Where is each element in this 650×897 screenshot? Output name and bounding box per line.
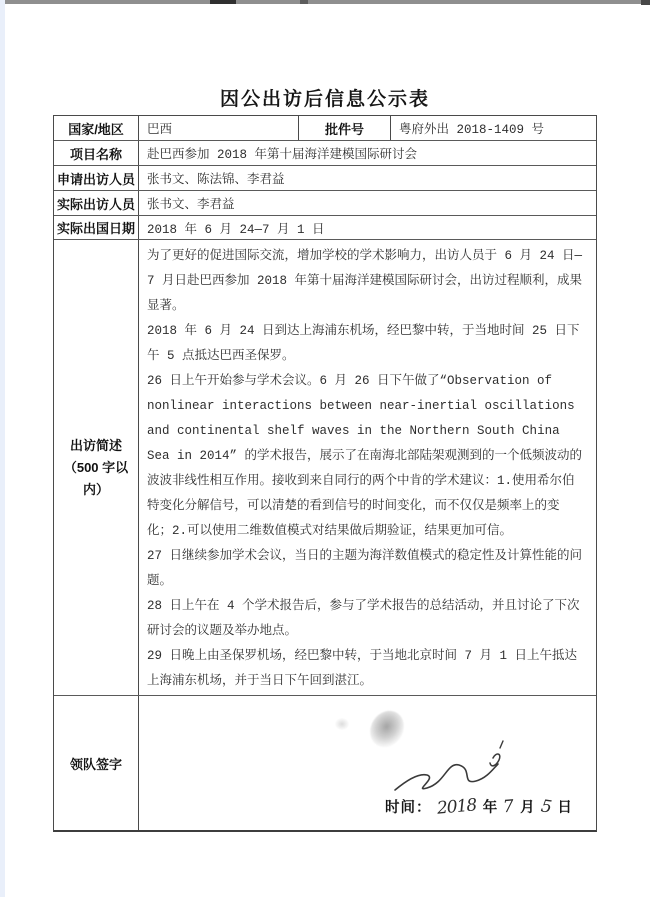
- summary-paragraph: 26 日上午开始参与学术会议。6 月 26 日下午做了“Observation …: [147, 369, 584, 544]
- summary-paragraph: 29 日晚上由圣保罗机场，经巴黎中转，于当地北京时间 7 月 1 日上午抵达上海…: [147, 644, 584, 694]
- handwritten-day: 5: [539, 796, 552, 817]
- travel-dates-label: 实际出国日期: [54, 216, 139, 239]
- leader-signature-label: 领队签字: [54, 696, 139, 830]
- table-row-applied-personnel: 申请出访人员 张书文、陈法锦、李君益: [54, 166, 596, 191]
- approval-number-value: 粤府外出 2018-1409 号: [391, 116, 596, 140]
- scan-top-edge-artifact: [0, 0, 650, 4]
- summary-paragraph: 28 日上午在 4 个学术报告后，参与了学术报告的总结活动，并且讨论了下次研讨会…: [147, 594, 584, 644]
- page-title: 因公出访后信息公示表: [0, 84, 650, 111]
- project-name-value: 赴巴西参加 2018 年第十届海洋建模国际研讨会: [139, 141, 596, 165]
- scanned-form-page: 因公出访后信息公示表 国家/地区 巴西 批件号 粤府外出 2018-1409 号…: [0, 0, 650, 897]
- summary-text: 为了更好的促进国际交流，增加学校的学术影响力，出访人员于 6 月 24 日—7 …: [139, 240, 596, 695]
- handwritten-year: 2018: [436, 795, 477, 818]
- table-row-summary: 出访简述 （500 字以内） 为了更好的促进国际交流，增加学校的学术影响力，出访…: [54, 240, 596, 696]
- scan-edge-right-segment: [641, 0, 650, 5]
- scan-edge-dark-segment: [210, 0, 236, 4]
- table-row-signature: 领队签字 时间：2018年7月5日: [54, 696, 596, 830]
- country-value: 巴西: [139, 116, 299, 140]
- summary-paragraph: 为了更好的促进国际交流，增加学校的学术影响力，出访人员于 6 月 24 日—7 …: [147, 244, 584, 319]
- applied-personnel-value: 张书文、陈法锦、李君益: [139, 166, 596, 190]
- summary-label-line2: （500 字以内）: [56, 457, 136, 501]
- scan-left-edge-artifact: [0, 0, 5, 897]
- actual-personnel-value: 张书文、李君益: [139, 191, 596, 215]
- month-unit-label: 月: [520, 800, 536, 816]
- scan-edge-mid-segment: [300, 0, 308, 4]
- summary-label: 出访简述 （500 字以内）: [54, 240, 139, 695]
- handwritten-month: 7: [502, 797, 514, 818]
- year-unit-label: 年: [483, 800, 499, 816]
- table-row-travel-dates: 实际出国日期 2018 年 6 月 24—7 月 1 日: [54, 216, 596, 240]
- signature-area: 时间：2018年7月5日: [139, 696, 596, 830]
- ink-smudge-faint: [335, 718, 349, 730]
- handwritten-signature: [391, 738, 531, 800]
- table-row-country: 国家/地区 巴西 批件号 粤府外出 2018-1409 号: [54, 116, 596, 141]
- country-label: 国家/地区: [54, 116, 139, 140]
- project-name-label: 项目名称: [54, 141, 139, 165]
- summary-label-line1: 出访简述: [70, 435, 122, 457]
- summary-paragraph: 27 日继续参加学术会议，当日的主题为海洋数值模式的稳定性及计算性能的问题。: [147, 544, 584, 594]
- applied-personnel-label: 申请出访人员: [54, 166, 139, 190]
- day-unit-label: 日: [557, 800, 573, 816]
- table-row-actual-personnel: 实际出访人员 张书文、李君益: [54, 191, 596, 216]
- approval-number-label: 批件号: [299, 116, 391, 140]
- info-table: 国家/地区 巴西 批件号 粤府外出 2018-1409 号 项目名称 赴巴西参加…: [53, 115, 597, 832]
- time-prefix-label: 时间：: [385, 800, 432, 816]
- travel-dates-value: 2018 年 6 月 24—7 月 1 日: [139, 216, 596, 239]
- summary-paragraph: 2018 年 6 月 24 日到达上海浦东机场，经巴黎中转，于当地时间 25 日…: [147, 319, 584, 369]
- actual-personnel-label: 实际出访人员: [54, 191, 139, 215]
- table-row-project: 项目名称 赴巴西参加 2018 年第十届海洋建模国际研讨会: [54, 141, 596, 166]
- signature-date-line: 时间：2018年7月5日: [385, 796, 573, 817]
